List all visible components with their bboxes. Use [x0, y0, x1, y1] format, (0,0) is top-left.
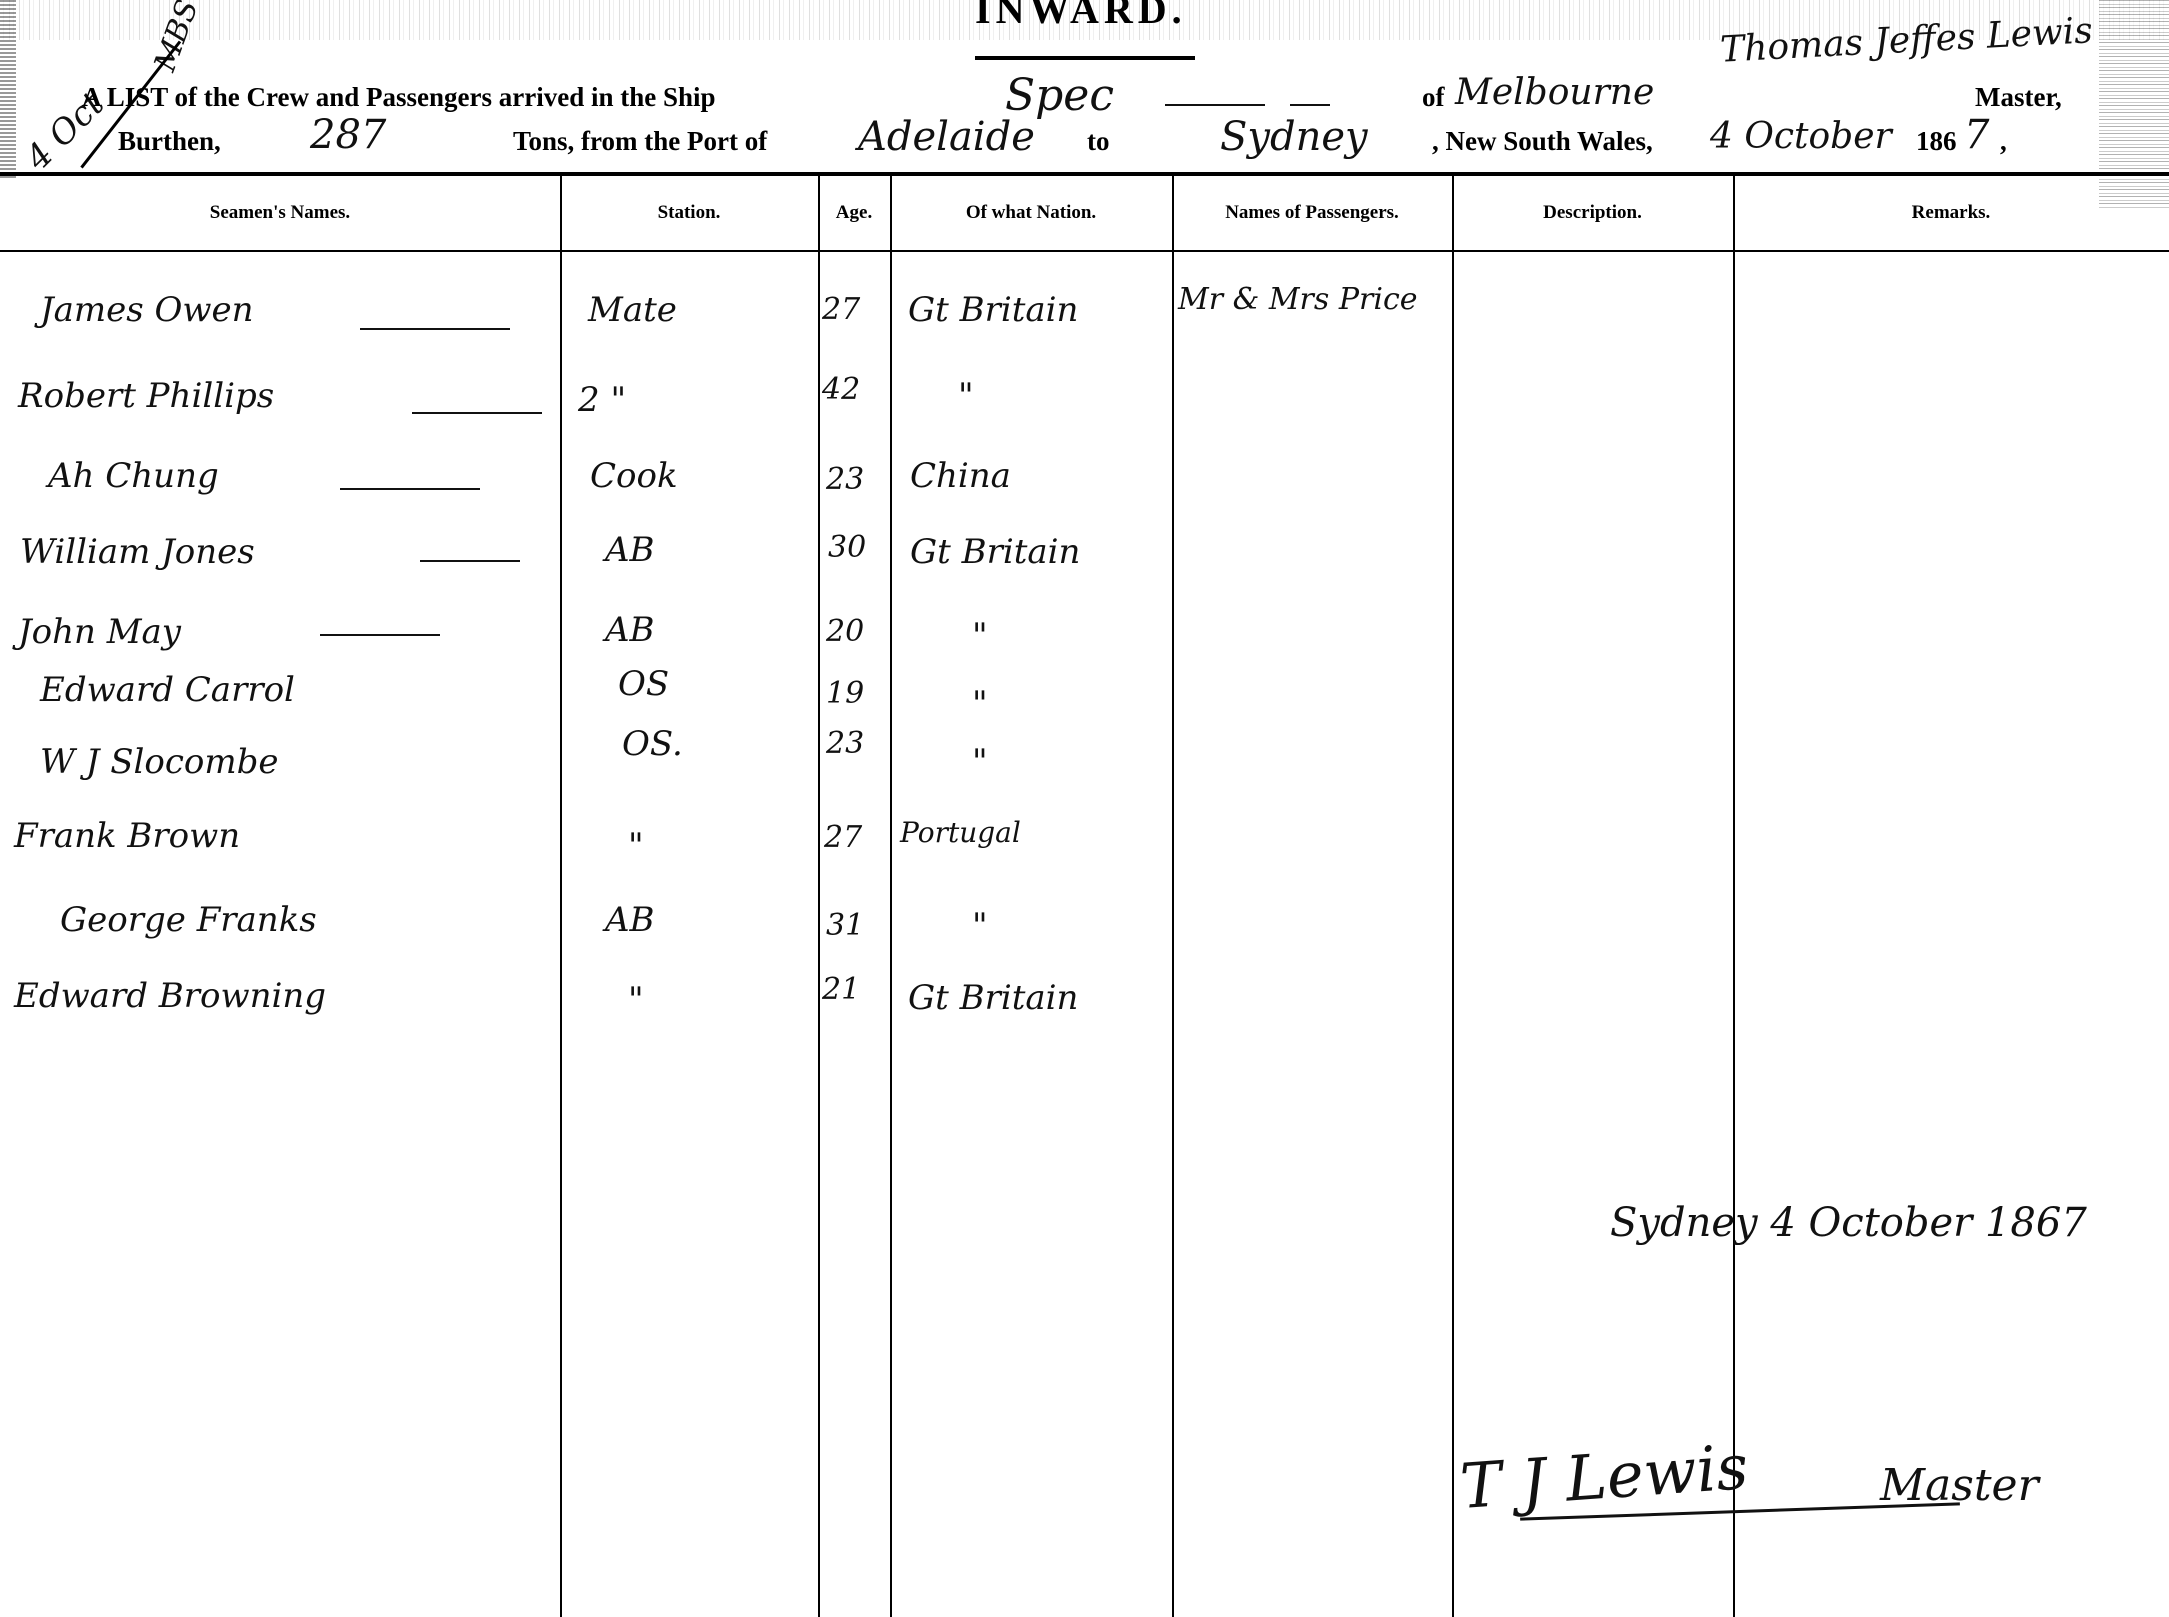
year-printed: 186	[1916, 126, 1957, 157]
to-port: Sydney	[1220, 114, 1368, 160]
nation: Gt Britain	[910, 532, 1080, 572]
document-title: INWARD.	[975, 0, 1187, 33]
column-divider	[560, 176, 562, 1617]
filler-dash	[340, 488, 480, 490]
year-comma: ,	[2000, 126, 2007, 157]
nation: Portugal	[900, 816, 1021, 849]
column-header-description: Description.	[1452, 202, 1733, 224]
filler-dash	[1290, 104, 1330, 106]
filler-dash	[360, 328, 510, 330]
paper-texture-left	[0, 0, 16, 180]
column-header-remarks: Remarks.	[1733, 202, 2169, 224]
region-label: , New South Wales,	[1432, 126, 1653, 157]
nation: "	[958, 376, 974, 416]
column-header-nation: Of what Nation.	[890, 202, 1172, 224]
nation: "	[972, 684, 988, 724]
age: 20	[826, 614, 864, 649]
arrival-date: 4 October	[1710, 116, 1892, 157]
column-header-station: Station.	[560, 202, 818, 224]
master-signature: T J Lewis	[1458, 1430, 1751, 1523]
nation: "	[972, 906, 988, 946]
seaman-name: George Franks	[60, 900, 317, 940]
from-port: Adelaide	[858, 114, 1035, 160]
to-label: to	[1087, 126, 1110, 157]
column-divider	[890, 176, 892, 1617]
station: 2 "	[578, 380, 626, 420]
filler-dash	[412, 412, 542, 414]
column-header-seamen-names: Seamen's Names.	[0, 202, 560, 224]
header-list-label: A LIST of the Crew and Passengers arrive…	[82, 82, 716, 113]
seaman-name: Edward Browning	[14, 976, 326, 1016]
station: OS.	[622, 724, 683, 764]
age: 27	[822, 292, 860, 327]
header-bottom-rule	[0, 250, 2169, 252]
column-divider	[818, 176, 820, 1617]
seaman-name: John May	[18, 612, 181, 652]
filler-dash	[320, 634, 440, 636]
station: "	[628, 826, 644, 866]
seaman-name: W J Slocombe	[40, 742, 278, 782]
age: 42	[822, 372, 860, 407]
column-divider	[1733, 176, 1735, 1617]
column-header-passengers: Names of Passengers.	[1172, 202, 1452, 224]
seaman-name: Ah Chung	[48, 456, 219, 496]
title-underline	[975, 56, 1195, 60]
column-divider	[1172, 176, 1174, 1617]
station: OS	[618, 664, 669, 704]
age: 23	[826, 462, 864, 497]
column-divider	[1452, 176, 1454, 1617]
of-label: of	[1422, 82, 1445, 113]
header-top-rule	[0, 172, 2169, 176]
passenger-name: Mr & Mrs Price	[1178, 282, 1418, 317]
nation: "	[972, 616, 988, 656]
station: Mate	[588, 290, 677, 330]
nation: China	[910, 456, 1011, 496]
seaman-name: William Jones	[20, 532, 255, 572]
age: 27	[824, 820, 862, 855]
nation: Gt Britain	[908, 290, 1078, 330]
station: AB	[605, 610, 655, 650]
age: 31	[826, 908, 864, 943]
column-header-age: Age.	[818, 202, 890, 224]
station: Cook	[590, 456, 678, 496]
age: 30	[828, 530, 866, 565]
place-date-signature: Sydney 4 October 1867	[1610, 1200, 2087, 1246]
tons-label: Tons, from the Port of	[513, 126, 767, 157]
paper-texture-right	[2099, 0, 2169, 210]
age: 19	[826, 676, 864, 711]
master-label: Master,	[1975, 82, 2062, 113]
filler-dash	[1165, 104, 1265, 106]
seaman-name: Frank Brown	[14, 816, 240, 856]
station: "	[628, 980, 644, 1020]
age: 23	[826, 726, 864, 761]
burthen-label: Burthen,	[118, 126, 221, 157]
age: 21	[822, 972, 860, 1007]
seaman-name: Robert Phillips	[18, 376, 274, 416]
nation: "	[972, 742, 988, 782]
seaman-name: Edward Carrol	[40, 670, 295, 710]
seaman-name: James Owen	[40, 290, 254, 330]
ship-home-port: Melbourne	[1455, 72, 1654, 113]
year-handwritten: 7	[1964, 112, 1989, 158]
station: AB	[605, 900, 655, 940]
nation: Gt Britain	[908, 978, 1078, 1018]
burthen-value: 287	[310, 112, 386, 158]
station: AB	[605, 530, 655, 570]
filler-dash	[420, 560, 520, 562]
